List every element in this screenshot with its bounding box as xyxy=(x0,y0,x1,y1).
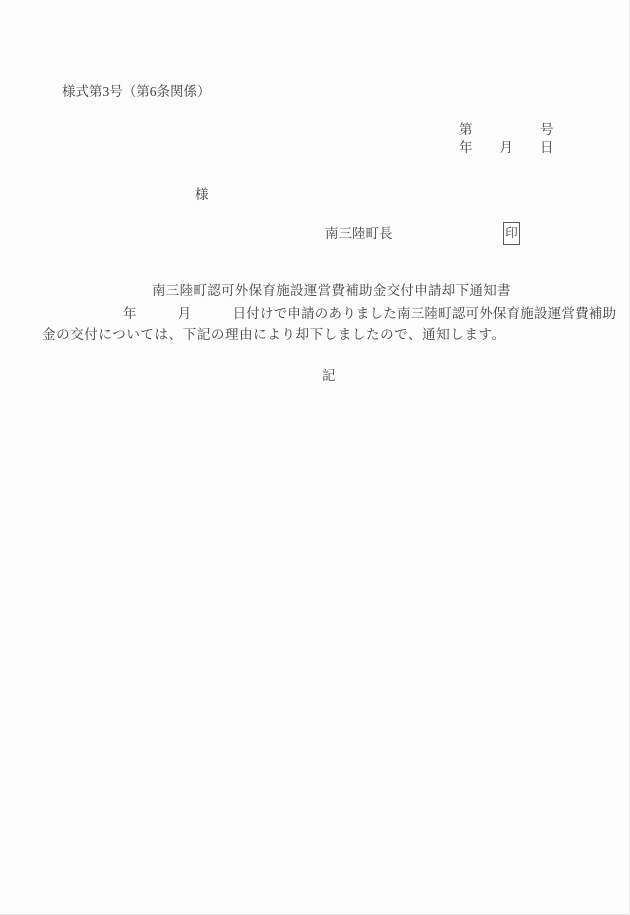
sender-title: 南三陸町長 xyxy=(325,226,393,243)
inkan-seal-box: 印 xyxy=(503,222,520,245)
body-text-line-1: 年 月 日付けで申請のありました南三陸町認可外保育施設運営費補助 xyxy=(123,306,616,323)
recipient-honorific: 様 xyxy=(195,187,209,204)
document-page: 様式第3号（第6条関係） 第 号 年 月 日 様 南三陸町長 印 南三陸町認可外… xyxy=(0,0,630,915)
record-marker: 記 xyxy=(322,368,336,385)
body-text-line-2: 金の交付については、下記の理由により却下しましたので、通知します。 xyxy=(42,327,506,344)
document-number-line: 第 号 xyxy=(459,122,554,139)
date-line: 年 月 日 xyxy=(459,140,554,157)
document-title: 南三陸町認可外保育施設運営費補助金交付申請却下通知書 xyxy=(152,283,511,300)
form-number-label: 様式第3号（第6条関係） xyxy=(62,84,211,101)
